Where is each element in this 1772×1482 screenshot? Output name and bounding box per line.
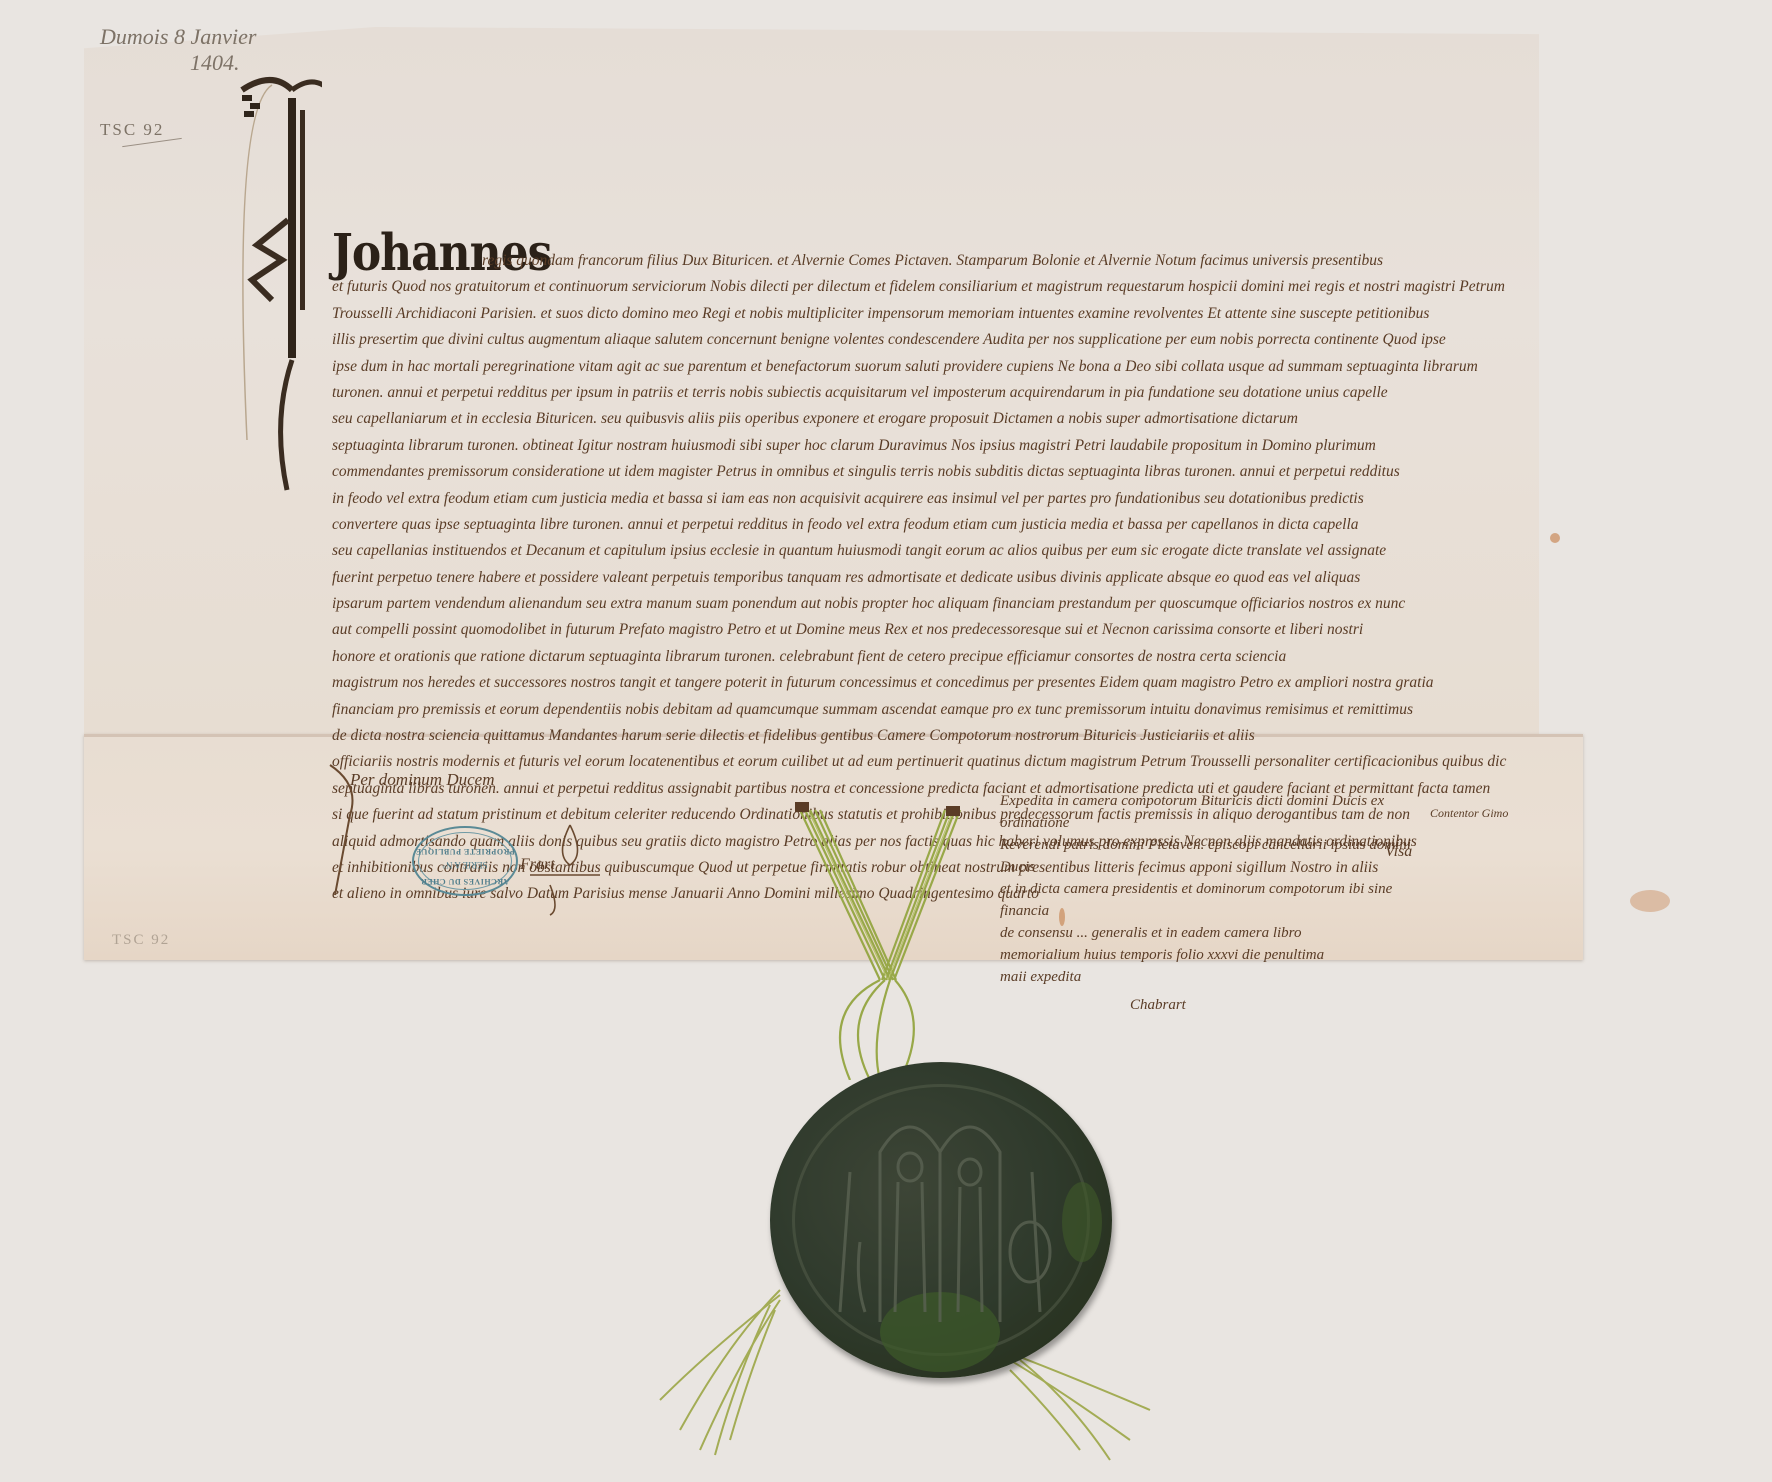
seal-figures-icon [770,1062,1112,1378]
reg-line: memorialium huius temporis folio xxxvi d… [1000,944,1420,966]
text-line: convertere quas ipse septuaginta libre t… [332,512,1507,538]
text-line: financiam pro premissis et eorum depende… [332,697,1507,723]
shelfmark-top: TSC 92 [100,120,164,140]
stamp-number: N° [442,860,452,870]
silk-cords [760,780,1020,1080]
text-line: in feodo vel extra feodum etiam cum just… [332,486,1507,512]
stamp-center: SERIE A N° [414,860,516,870]
archival-date-note: Dumois 8 Janvier 1404. [100,24,256,76]
secretary-paraph [510,815,620,925]
stamp-text-top: ARCHIVES DU CHER [414,877,516,886]
text-line: et futuris Quod nos gratuitorum et conti… [332,274,1507,300]
text-line: aut compelli possint quomodolibet in fut… [332,617,1507,643]
wax-seal [770,1062,1112,1378]
foxing-stain [1550,533,1560,543]
text-line: magistrum nos heredes et successores nos… [332,670,1507,696]
visa-mark: Visa [1385,843,1412,861]
text-line: ipse dum in hac mortali peregrinatione v… [332,354,1507,380]
contentor-note: Contentor Gimo [1430,806,1508,821]
foxing-stain [1059,908,1065,926]
date-note-line1: Dumois 8 Janvier [100,24,256,50]
text-line: septuaginta librarum turonen. obtineat I… [332,433,1507,459]
stamp-series: SERIE [463,860,488,870]
text-line: honore et orationis que ratione dictarum… [332,644,1507,670]
text-line: illis presertim que divini cultus augmen… [332,327,1507,353]
text-line: turonen. annui et perpetui redditus per … [332,380,1507,406]
shelfmark-bottom: TSC 92 [112,932,170,949]
text-line: regis quondam francorum filius Dux Bitur… [332,248,1507,274]
archive-stamp: ARCHIVES DU CHER SERIE A N° PROPRIETE PU… [412,826,518,896]
foxing-stain [1630,890,1670,912]
stamp-letter: A [455,860,461,870]
text-line: Trousselli Archidiaconi Parisien. et suo… [332,301,1507,327]
per-dominum-ducem: Per dominum Ducem [350,770,494,790]
text-line: de dicta nostra sciencia quittamus Manda… [332,723,1507,749]
text-line: seu capellaniarum et in ecclesia Bituric… [332,406,1507,432]
text-line: commendantes premissorum consideratione … [332,459,1507,485]
stamp-text-bottom: PROPRIETE PUBLIQUE [414,847,516,856]
text-line: officiariis nostris modernis et futuris … [332,749,1507,775]
reg-line: Expedita in camera compotorum Bituricis … [1000,790,1420,834]
reg-line: maii expedita [1000,966,1420,988]
text-line: seu capellanias instituendos et Decanum … [332,538,1507,564]
registration-signature: Chabrart [1000,994,1420,1016]
text-line: fuerint perpetuo tenere habere et possid… [332,565,1507,591]
decorated-initial-j [232,70,322,500]
reg-line: Reverendi patris domini Pictaven. episco… [1000,834,1420,878]
text-line: ipsarum partem vendendum alienandum seu … [332,591,1507,617]
tassel-left [640,1280,790,1460]
registration-note: Expedita in camera compotorum Bituricis … [1000,790,1420,1016]
